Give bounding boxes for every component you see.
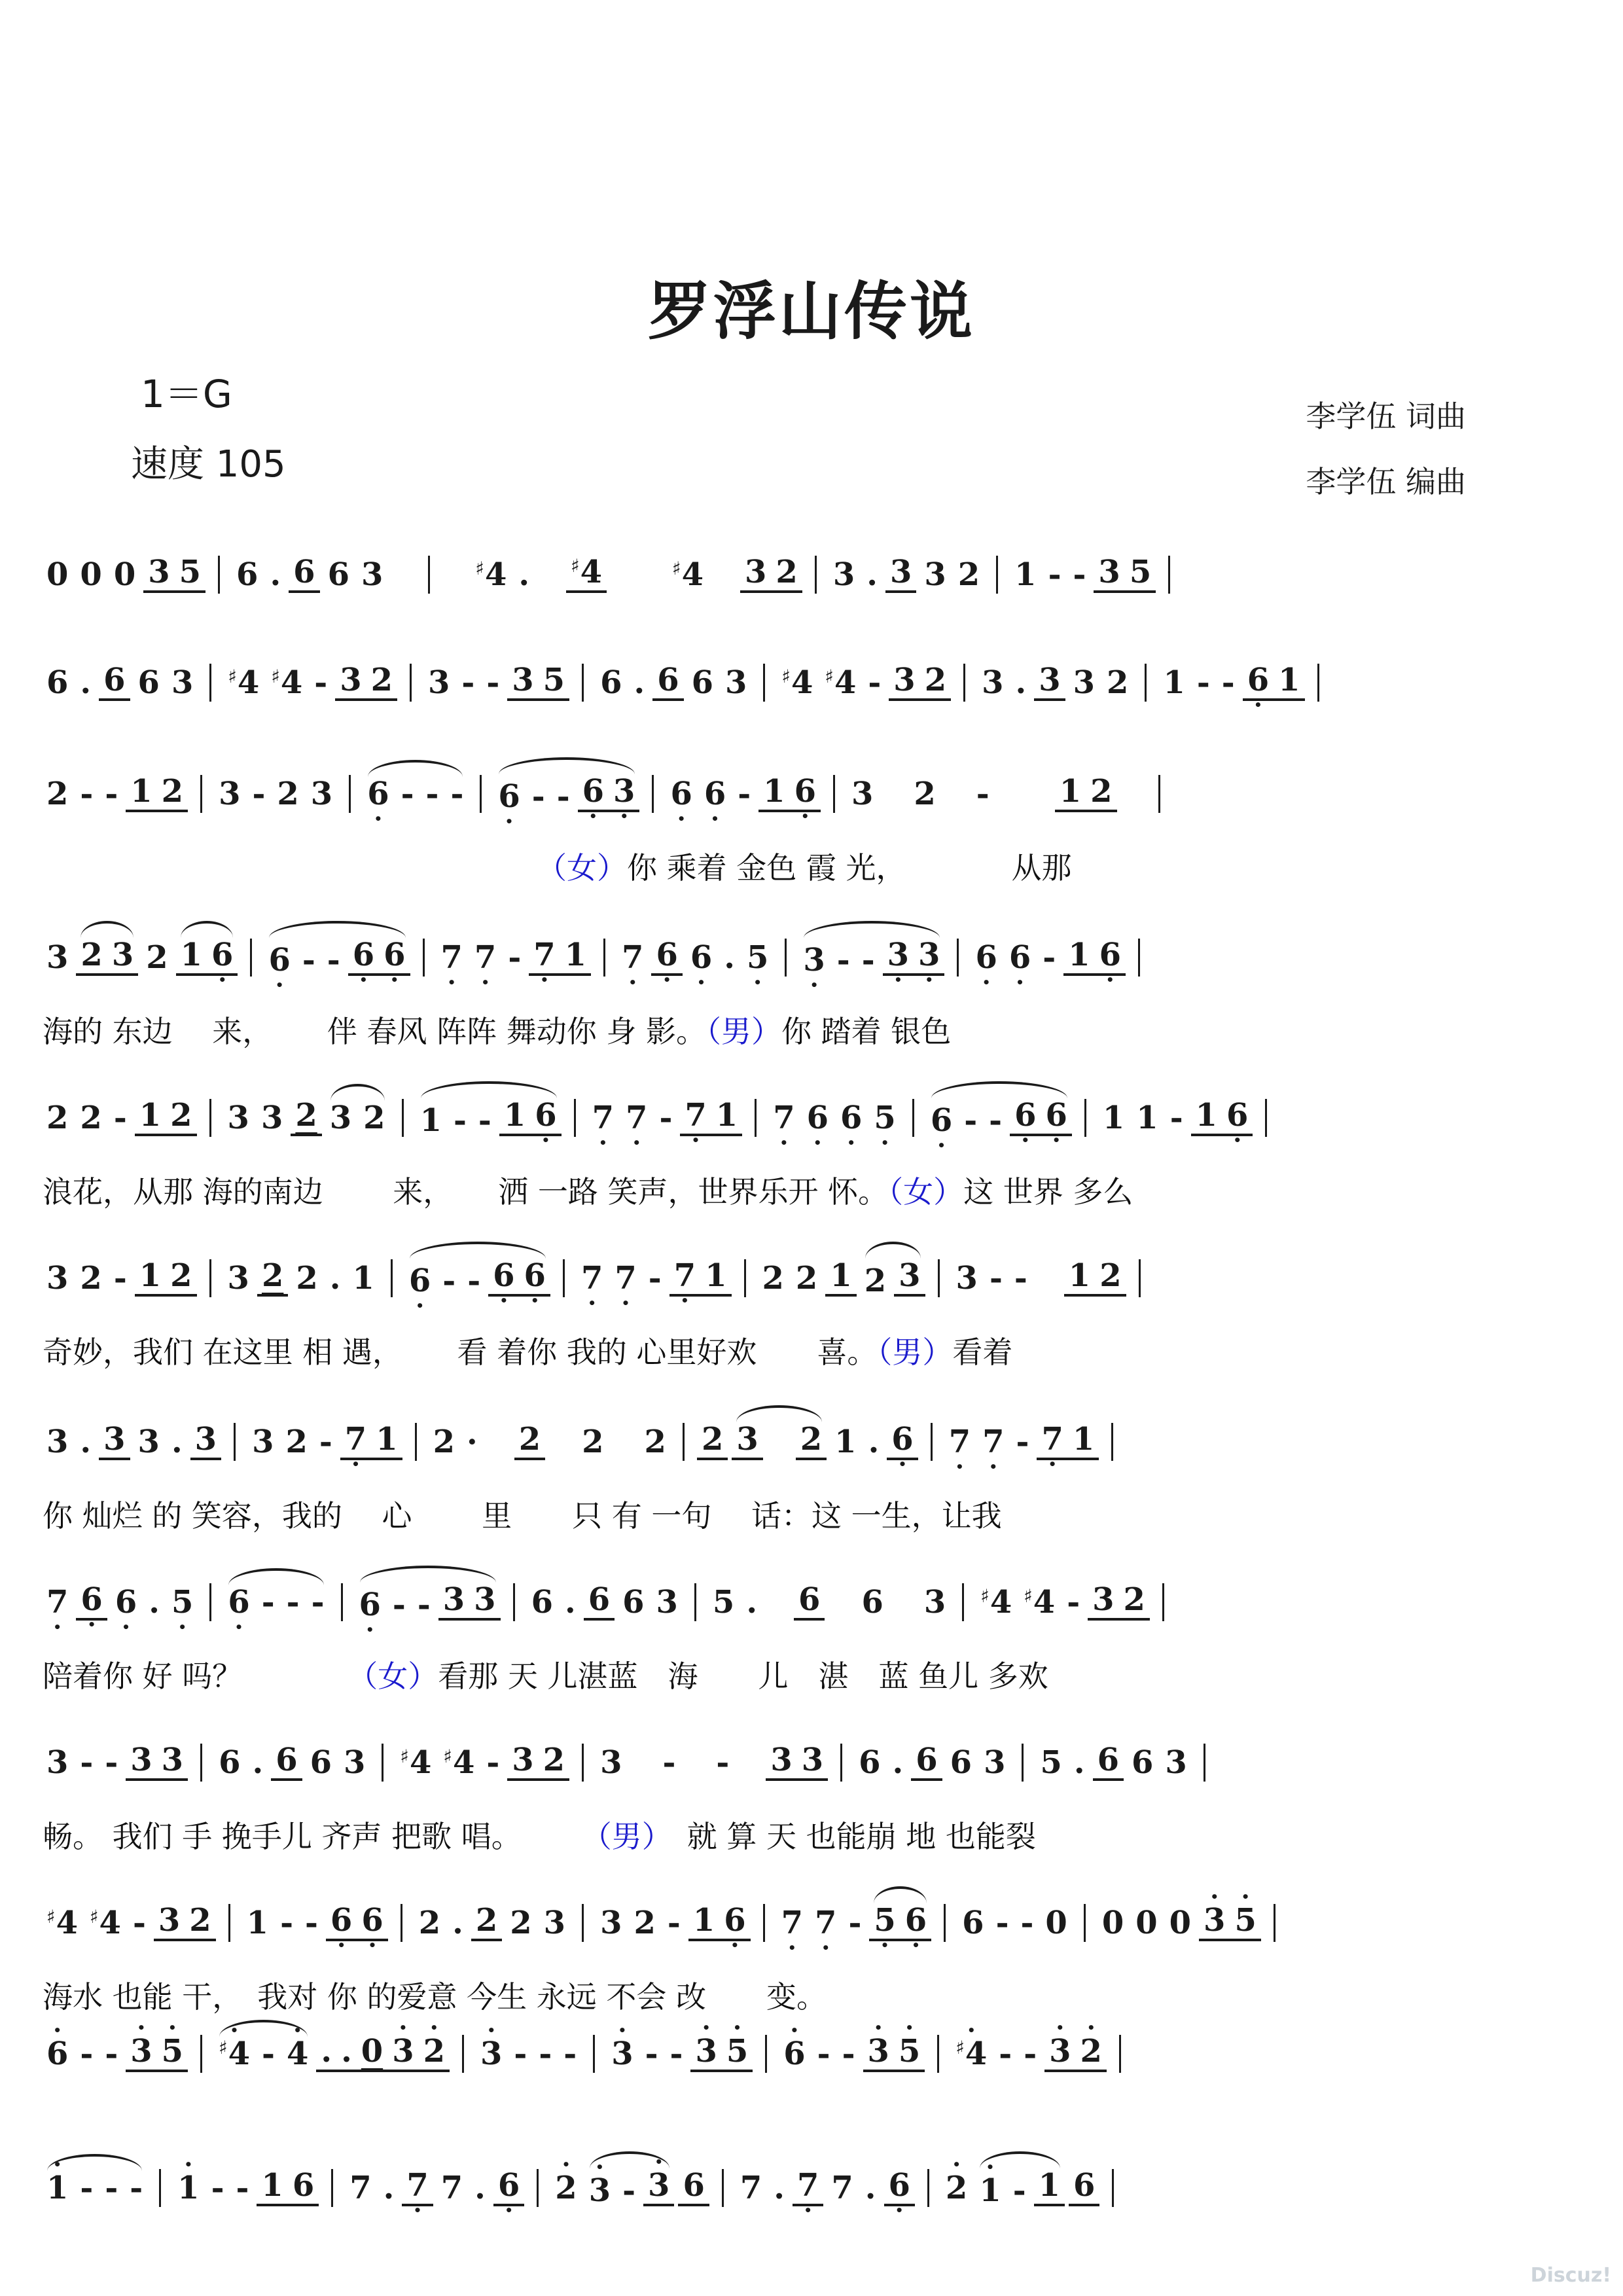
note: 6 (1014, 1100, 1036, 1131)
note: 2 (1090, 776, 1112, 807)
note: 3 (982, 667, 1003, 698)
barline (652, 775, 654, 813)
note: 6 (1247, 664, 1269, 696)
duration-dash: - (327, 944, 340, 976)
note: 7 (626, 1102, 647, 1134)
note: 3 (1165, 1747, 1186, 1778)
note: 3 (833, 559, 855, 590)
note: 3 (311, 778, 332, 810)
sharp-icon: ♯ (46, 1906, 56, 1928)
note: 7 (815, 1907, 836, 1939)
duration-dash: - (716, 1747, 729, 1778)
note: 6 (588, 1584, 610, 1615)
duration-dash: - (563, 2038, 577, 2070)
note: 3 (1092, 1584, 1114, 1615)
beam-group: 12 (1064, 1260, 1126, 1297)
note: 6 (293, 556, 315, 588)
note: 0 (114, 559, 135, 590)
lyrics-line: 浪花，从那 海的南边 来， 洒 一路 笑声，世界乐开 怀。（女）这 世界 多么 (43, 1168, 1133, 1211)
watermark: Discuz! (1531, 2264, 1611, 2287)
note: 2 (80, 939, 102, 971)
lyrics-line: 海的 东边 来， 伴 春风 阵阵 舞动你 身 影。（男）你 踏着 银色 (43, 1008, 951, 1051)
beam-group: 6 (678, 2170, 709, 2206)
dot: . (270, 559, 281, 590)
note: 1 (1073, 1424, 1094, 1455)
duration-dash: - (645, 2038, 658, 2070)
barline (200, 2035, 202, 2073)
slur-arc: 3--33 (797, 939, 946, 976)
sharp-icon: ♯ (271, 666, 280, 687)
sharp-icon: ♯ (571, 555, 580, 577)
note: 2 (1080, 2036, 1102, 2067)
note: 7 (740, 2172, 762, 2204)
beam-group: 7 (402, 2170, 433, 2206)
dot: · (467, 1426, 478, 1458)
barline (1022, 1744, 1024, 1782)
dot: . (252, 1747, 263, 1778)
lyrics-line: 畅。 我们 手 挽手儿 齐声 把歌 唱。 （男） 就 算 天 也能崩 地 也能裂 (43, 1813, 1036, 1856)
dot: . (865, 2172, 876, 2204)
song-title: 罗浮山传说 (0, 262, 1623, 351)
note: 6 (138, 667, 160, 698)
barline (763, 1904, 765, 1942)
duration-dash: - (426, 778, 439, 810)
dot: . (330, 1263, 341, 1294)
duration-dash: - (996, 1907, 1009, 1939)
credit-arranger: 李学伍 编曲 (1306, 458, 1466, 501)
barline (331, 2169, 333, 2207)
lyric-segment: 看着 (952, 1335, 1012, 1370)
note: 0 (361, 2036, 383, 2067)
beam-group: 23 (76, 939, 138, 976)
lyric-segment: 海水 也能 干， 我对 你 的爱意 今生 永远 不会 改 变。 (43, 1979, 827, 2015)
duration-dash: - (557, 781, 570, 812)
duration-dash: - (80, 2172, 93, 2204)
duration-dash: - (1016, 1426, 1029, 1458)
barline (785, 939, 787, 977)
duration-dash: - (280, 1907, 293, 1939)
note: 6 (219, 1747, 240, 1778)
lyric-segment: 你 踏着 银色 (781, 1014, 951, 1049)
note: 6 (498, 781, 520, 812)
note: 2 (510, 1907, 531, 1939)
note: 0 (1135, 1907, 1157, 1939)
note: 1 (139, 1100, 161, 1131)
barline (765, 2035, 767, 2073)
barline (582, 1744, 584, 1782)
beam-group: ..032 (316, 2036, 450, 2072)
note: 6 (859, 1747, 880, 1778)
barline (1265, 1099, 1267, 1137)
note: 3 (512, 1744, 533, 1776)
note: 1 (1136, 1102, 1158, 1134)
beam-group: 1 (1034, 2170, 1065, 2206)
note: 6 (236, 559, 258, 590)
note: 6 (905, 1905, 927, 1936)
note: 1 (763, 776, 785, 807)
beam-group: 71 (1037, 1424, 1099, 1460)
note: 3 (148, 556, 169, 588)
barline (1084, 1099, 1086, 1137)
beam-group: 3 (1034, 664, 1065, 701)
beam-group: 6 (99, 664, 130, 701)
note: 6 (724, 1905, 745, 1936)
note: 3 (46, 1426, 68, 1458)
note: ♯4 (825, 667, 856, 698)
barline (937, 2035, 939, 2073)
beam-group: 1 (825, 1260, 856, 1297)
beam-group: 66 (1010, 1100, 1072, 1136)
duration-dash: - (1013, 2175, 1026, 2206)
beam-group: 12 (126, 776, 188, 812)
sharp-icon: ♯ (228, 666, 237, 687)
note: 5 (899, 2036, 920, 2067)
voice-marker: （男） (706, 1014, 781, 1049)
duration-dash: - (393, 1589, 406, 1621)
note: 3 (725, 667, 747, 698)
barline (159, 2169, 161, 2207)
duration-dash: - (105, 2172, 118, 2204)
note: 7 (441, 2172, 463, 2204)
note: 3 (1039, 664, 1060, 696)
note: 3 (802, 1744, 823, 1776)
note: 3 (924, 559, 946, 590)
note: 3 (589, 2175, 611, 2206)
note: 1 (979, 2175, 1001, 2206)
barline (1139, 1259, 1141, 1297)
beam-group: 6 (271, 1744, 302, 1781)
note: 6 (683, 2170, 704, 2201)
barline (341, 1583, 343, 1621)
beam-group: 3 (885, 556, 916, 593)
duration-dash: - (1024, 2038, 1037, 2070)
note: 6 (891, 1424, 913, 1455)
note: 2 (762, 1263, 784, 1294)
beam-group: 16 (499, 1100, 562, 1136)
beam-group: 6 (584, 1584, 615, 1621)
note: 6 (889, 2170, 910, 2201)
barline (603, 939, 605, 977)
voice-marker: （女） (537, 850, 627, 886)
note: 6 (46, 667, 68, 698)
note: 3 (890, 556, 912, 588)
note: 2 (702, 1424, 723, 1455)
note: 3 (219, 778, 240, 810)
slur-arc: 6--- (361, 778, 469, 810)
slur-arc: 6--66 (262, 939, 412, 976)
beam-group: 63 (578, 776, 640, 812)
note: 3 (868, 2036, 889, 2067)
barline (1145, 664, 1147, 702)
duration-dash: - (1021, 1907, 1034, 1939)
beam-group: 71 (680, 1100, 742, 1136)
beam-group: 6 (1093, 1744, 1124, 1781)
note: ♯4 (219, 2038, 250, 2070)
dot: . (774, 2172, 785, 2204)
barline (912, 1099, 914, 1137)
note: 2 (296, 1263, 317, 1294)
note: 2 (262, 1260, 283, 1291)
beam-group: 71 (340, 1424, 402, 1460)
note: 6 (916, 1744, 937, 1776)
note: 6 (531, 1587, 553, 1618)
duration-dash: - (848, 1907, 861, 1939)
duration-dash: - (80, 1747, 93, 1778)
barline (1112, 2169, 1114, 2207)
music-line: 3232166--6677-71766.53--3366-16 (41, 929, 1597, 986)
slur-arc: 6--33 (353, 1584, 503, 1621)
beam-group: 12 (135, 1260, 197, 1297)
duration-dash: - (668, 1907, 681, 1939)
voice-marker: （男） (877, 1335, 952, 1370)
sharp-icon: ♯ (475, 558, 484, 579)
voice-marker: （女） (363, 1659, 438, 1694)
barline (944, 1904, 946, 1942)
dot: . (341, 2036, 352, 2067)
note: 1 (181, 939, 202, 971)
note: 7 (349, 2172, 371, 2204)
duration-dash: - (478, 1105, 491, 1136)
note: 3 (330, 1102, 351, 1134)
beam-group: 16 (688, 1905, 751, 1941)
note: 6 (670, 778, 692, 810)
note: 2 (423, 2036, 445, 2067)
duration-dash: - (262, 2038, 275, 2070)
note: 6 (704, 778, 726, 810)
barline (1111, 1423, 1113, 1461)
beam-group: 33 (766, 1744, 828, 1781)
note: 3 (770, 1744, 792, 1776)
note: 5 (874, 1905, 895, 1936)
beam-group: 7 (793, 2170, 823, 2206)
note: 6 (367, 778, 389, 810)
duration-dash: - (976, 778, 990, 810)
slur-arc: 1--- (41, 2172, 149, 2204)
barline (209, 1583, 211, 1621)
note: 2 (46, 1102, 68, 1134)
barline (382, 1744, 383, 1782)
music-line: 1---1--167.77.623-367.77.621-16 (41, 2160, 1597, 2216)
barline (1274, 1904, 1275, 1942)
barline (1158, 775, 1160, 813)
note: 1 (1103, 1102, 1124, 1134)
note: 1 (46, 2172, 68, 2204)
beam-group: 32 (740, 556, 802, 593)
note: 7 (615, 1263, 636, 1294)
beam-group: 33 (126, 1744, 188, 1781)
duration-dash: - (105, 778, 118, 810)
note: 3 (474, 1584, 495, 1615)
note: 2 (865, 1265, 886, 1297)
duration-dash: - (454, 1105, 467, 1136)
note: 3 (613, 776, 635, 807)
note: ♯4 (781, 667, 813, 698)
note: ♯4 (571, 556, 602, 588)
duration-dash: - (1014, 1263, 1027, 1294)
note: 2 (914, 778, 935, 810)
beam-group: 56 (869, 1905, 931, 1941)
beam-group: 16 (176, 939, 238, 976)
lyric-segment: 陪着你 好 吗？ (43, 1659, 363, 1694)
note: 3 (648, 2170, 669, 2201)
note: 3 (480, 2038, 502, 2070)
note: 0 (1102, 1907, 1124, 1939)
note: 6 (46, 2038, 68, 2070)
note: 3 (162, 1744, 183, 1776)
note: 2 (189, 1905, 211, 1936)
beam-group: 35 (143, 556, 205, 593)
beam-group: 3 (732, 1424, 762, 1460)
note: 3 (600, 1907, 622, 1939)
barline (402, 1099, 404, 1137)
lyric-segment: 浪花，从那 海的南边 来， 洒 一路 笑声，世界乐开 怀。 (43, 1174, 888, 1210)
note: 6 (80, 1584, 102, 1615)
slur-arc: 6--66 (403, 1260, 552, 1297)
note: 3 (130, 1744, 152, 1776)
barline (833, 775, 835, 813)
note: 6 (268, 944, 290, 976)
note: 5 (179, 556, 201, 588)
barline (228, 1904, 230, 1942)
slur-arc: ♯4-4 (213, 2038, 314, 2070)
lyrics-line: 奇妙，我们 在这里 相 遇， 看 着你 我的 心里好欢 喜。（男）看着 (43, 1329, 1012, 1372)
beam-group: 35 (507, 664, 569, 701)
note: 5 (1130, 556, 1151, 588)
duration-dash: - (314, 667, 327, 698)
beam-group: 32 (1088, 1584, 1150, 1621)
note: 3 (924, 1587, 946, 1618)
note: 1 (1196, 1100, 1217, 1131)
voice-marker: （女） (888, 1174, 963, 1210)
duration-dash: - (461, 667, 474, 698)
sharp-icon: ♯ (781, 666, 791, 687)
duration-dash: - (662, 1747, 675, 1778)
barline (401, 1904, 402, 1942)
music-line: 22-12332321--1677-7176656--6611-16 (41, 1090, 1597, 1146)
duration-dash: - (305, 1907, 318, 1939)
note: 6 (600, 667, 622, 698)
note: 7 (674, 1260, 696, 1291)
note: 1 (261, 2170, 283, 2201)
note: 2 (946, 2172, 967, 2204)
duration-dash: - (442, 1265, 455, 1297)
beam-group: 6 (493, 2170, 524, 2206)
barline (574, 1099, 576, 1137)
slur-arc: 23 (74, 939, 140, 976)
dot: . (746, 1587, 757, 1618)
note: 6 (656, 939, 677, 971)
duration-dash: - (236, 2172, 249, 2204)
barline (563, 1259, 565, 1297)
dot: . (383, 2172, 395, 2204)
barline (410, 664, 412, 702)
duration-dash: - (262, 1587, 275, 1618)
beam-group: 35 (863, 2036, 925, 2072)
note: 3 (428, 667, 450, 698)
barline (593, 2035, 595, 2073)
slur-arc: 23 (859, 1260, 927, 1297)
slur-arc: 1-1 (973, 2170, 1067, 2206)
barline (694, 1583, 696, 1621)
duration-dash: - (817, 2038, 830, 2070)
note: 1 (139, 1260, 161, 1291)
duration-dash: - (1170, 1102, 1183, 1134)
note: 2 (80, 1102, 101, 1134)
duration-dash: - (252, 778, 265, 810)
note: 0 (80, 559, 101, 590)
note: 3 (261, 1102, 283, 1134)
note: 1 (1039, 2170, 1060, 2201)
duration-dash: - (302, 944, 315, 976)
note: 7 (533, 939, 555, 971)
lyric-segment: 畅。 我们 手 挽手儿 齐声 把歌 唱。 (43, 1819, 597, 1854)
note: 6 (975, 942, 997, 973)
note: ♯4 (443, 1747, 474, 1778)
note: 7 (831, 2172, 853, 2204)
beam-group: 32 (335, 664, 397, 701)
beam-group: 2 (291, 1100, 321, 1136)
beam-group: 32 (154, 1905, 216, 1941)
note: 6 (1045, 1100, 1067, 1131)
duration-dash: - (532, 781, 545, 812)
note: 5 (874, 1102, 895, 1134)
duration-dash: - (1048, 559, 1061, 590)
note: 3 (803, 944, 825, 976)
duration-dash: - (319, 1426, 332, 1458)
note: 3 (544, 1907, 565, 1939)
note: 3 (851, 778, 873, 810)
note: 5 (747, 942, 768, 973)
note: 3 (745, 556, 766, 588)
note: 3 (611, 2038, 633, 2070)
note: 2 (543, 1744, 565, 1776)
note: 6 (840, 1102, 862, 1134)
note: 2 (958, 559, 980, 590)
beam-group: 2 (796, 1424, 827, 1460)
sharp-icon: ♯ (825, 666, 834, 687)
note: 3 (512, 664, 533, 696)
beam-group: 61 (1243, 664, 1305, 701)
music-line: 2--123-236---6--6366-1632-12 (41, 766, 1597, 822)
lyrics-line: 陪着你 好 吗？ （女）看那 天 儿湛蓝 海 儿 湛 蓝 鱼儿 多欢 (43, 1653, 1048, 1696)
note: 3 (103, 1424, 125, 1455)
note: 1 (352, 1263, 374, 1294)
note: 7 (46, 1587, 68, 1618)
note: 7 (781, 1907, 803, 1939)
slur-arc: 6--- (222, 1587, 330, 1618)
beam-group: 6 (652, 664, 683, 701)
note: 2 (371, 664, 393, 696)
note: 3 (984, 1747, 1005, 1778)
note: 7 (406, 2170, 428, 2201)
note: 7 (345, 1424, 366, 1455)
note: 5 (171, 1587, 193, 1618)
beam-group: 71 (669, 1260, 732, 1297)
voice-marker: （男） (597, 1819, 657, 1854)
tempo-marking: 速度 105 (131, 435, 286, 488)
barline (349, 775, 351, 813)
note: 6 (310, 1747, 332, 1778)
beam-group: 33 (883, 939, 945, 976)
lyric-segment: 你 乘着 金色 霞 光， 从那 (627, 850, 1072, 886)
beam-group: 35 (1094, 556, 1156, 593)
key-signature: 1＝G (141, 363, 232, 418)
barline (722, 2169, 724, 2207)
note: 2 (162, 776, 183, 807)
sharp-icon: ♯ (672, 558, 681, 579)
beam-group: 35 (126, 2036, 188, 2072)
note: 3 (46, 1263, 68, 1294)
